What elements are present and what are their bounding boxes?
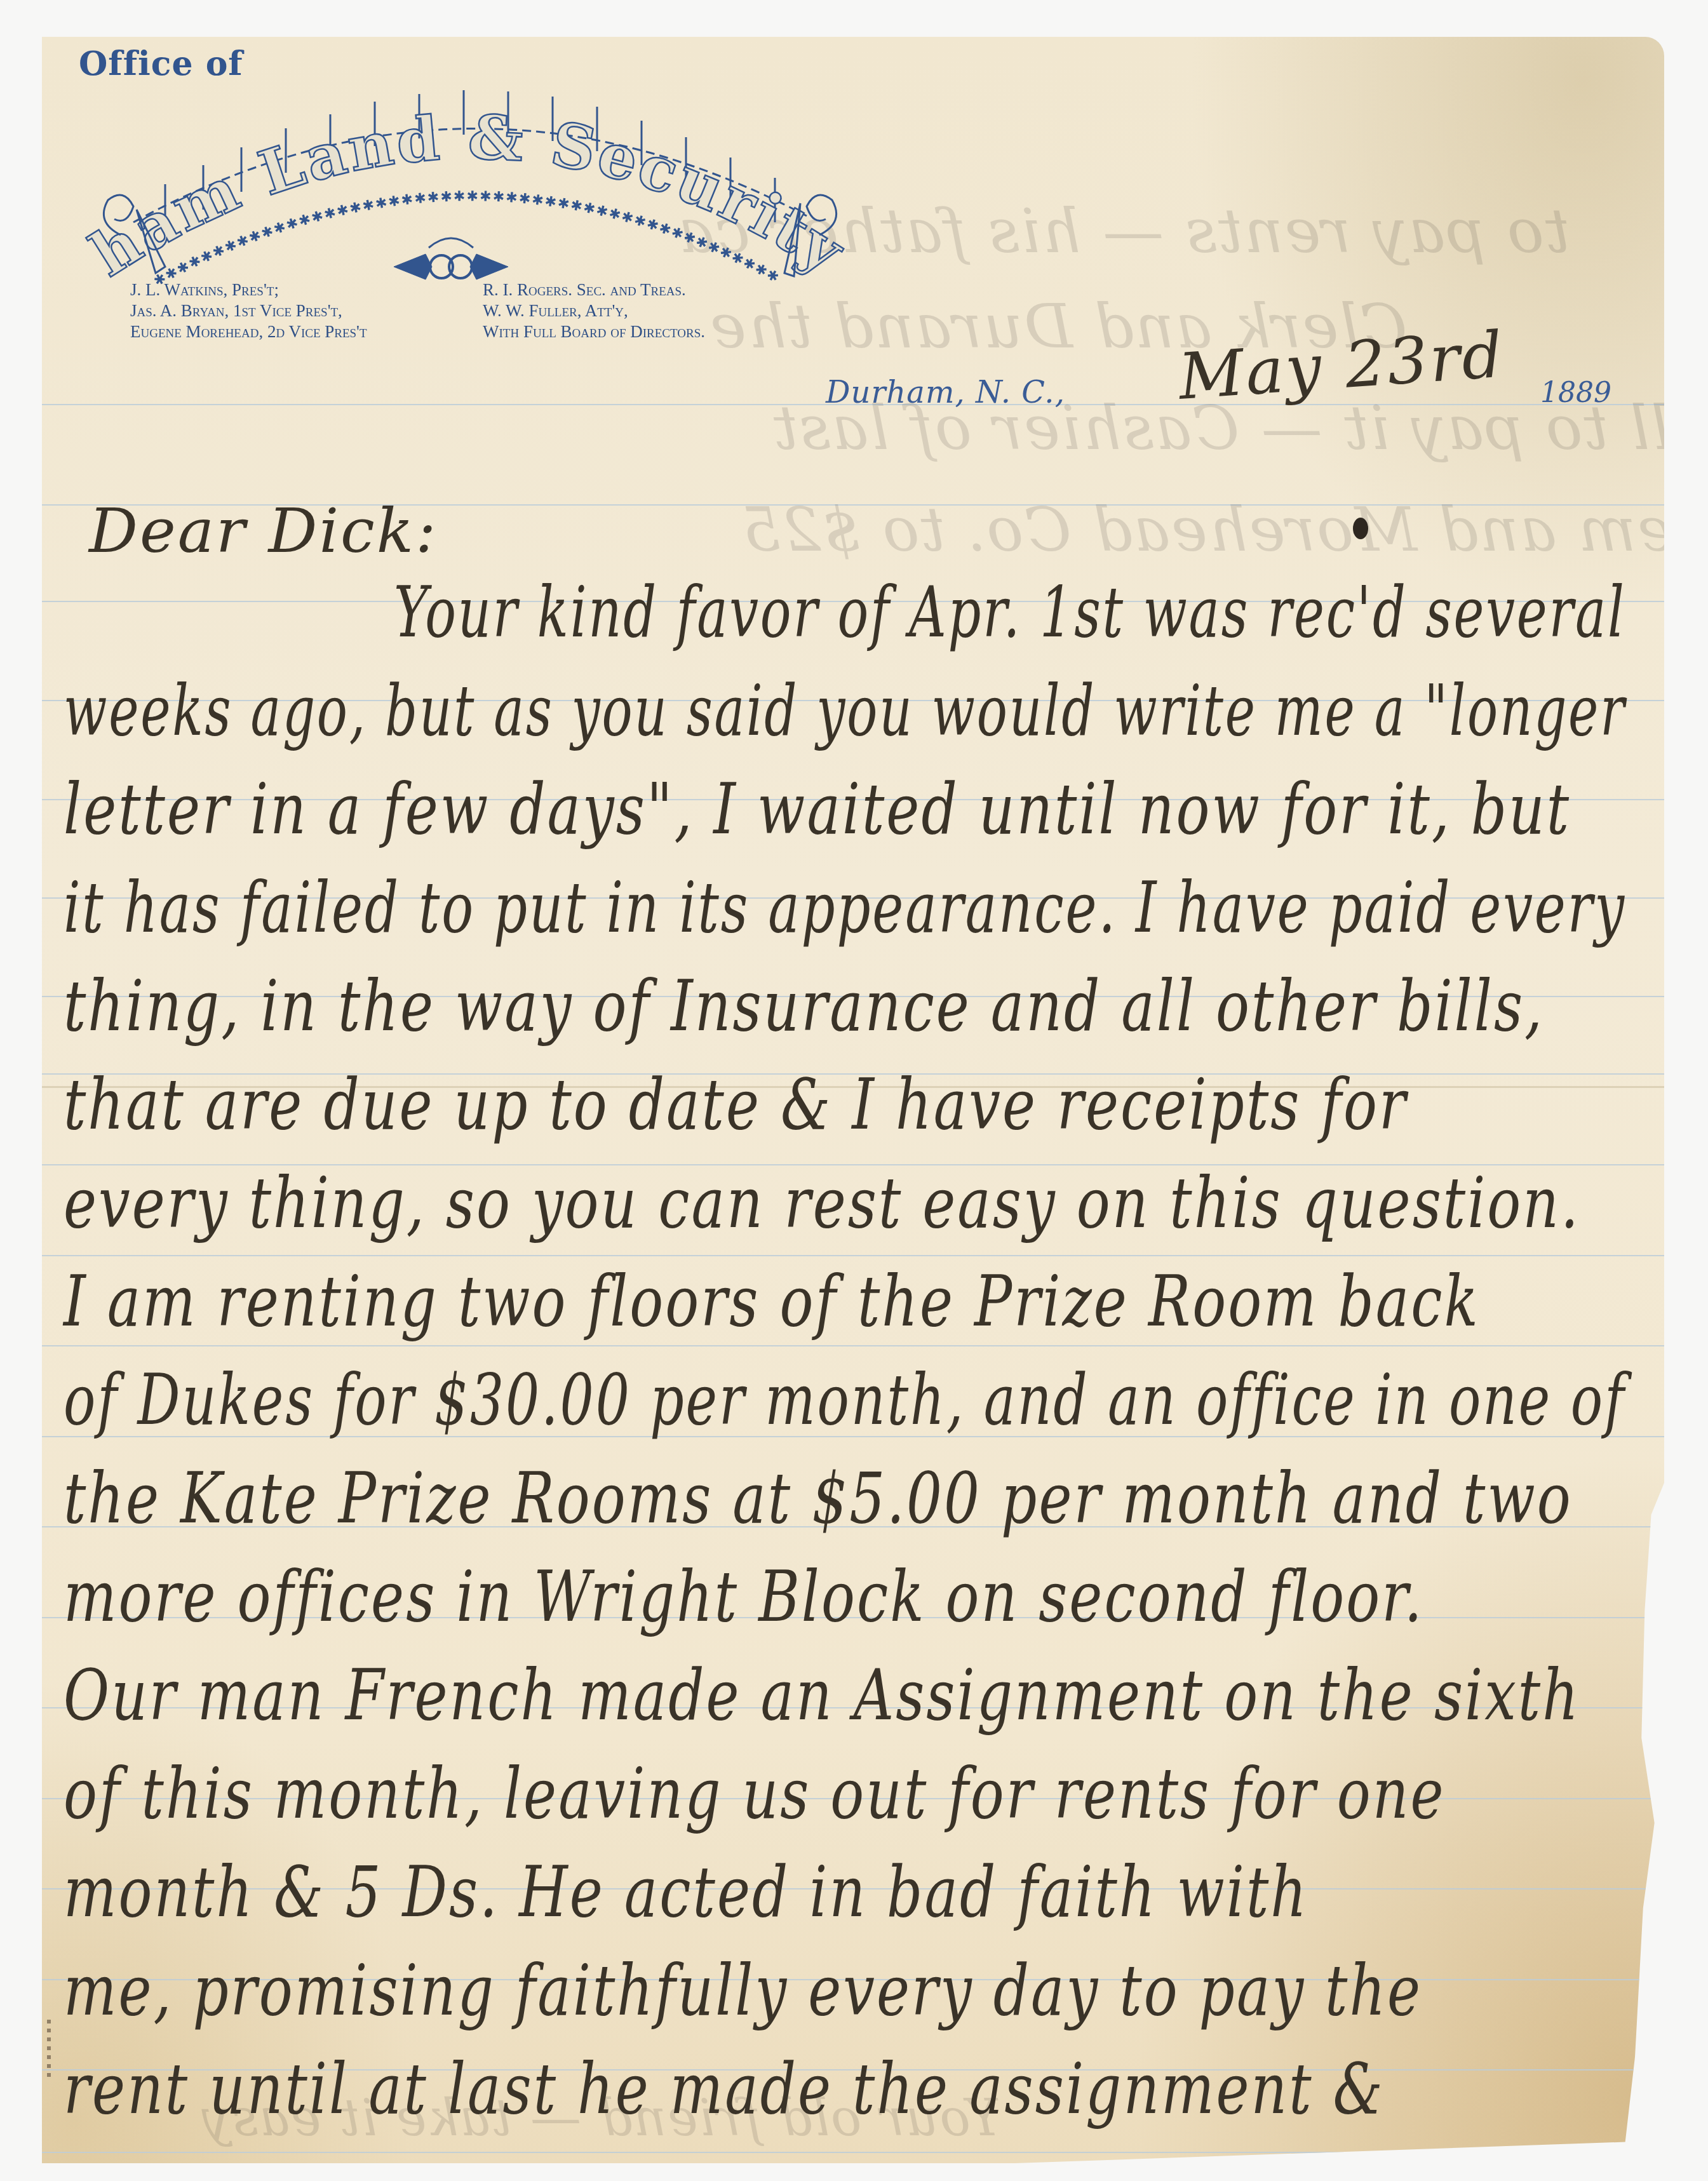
salutation: Dear Dick: — [89, 495, 438, 567]
letter-line: that are due up to date & I have receipt… — [64, 1063, 1408, 1145]
board-of-directors-note: With Full Board of Directors. — [483, 321, 705, 342]
letter-line: thing, in the way of Insurance and all o… — [64, 965, 1544, 1047]
officers-right: R. I. Rogers. Sec. and Treas. W. W. Full… — [483, 279, 705, 342]
company-name-arch: Durham Land & Security Co. ✱✱✱✱✱✱✱✱✱✱✱✱✱… — [76, 76, 864, 286]
letter-line: me, promising faithfully every day to pa… — [64, 1949, 1422, 2031]
letter-line: Your kind favor of Apr. 1st was rec'd se… — [394, 571, 1626, 653]
letter-line: of Dukes for $30.00 per month, and an of… — [64, 1359, 1626, 1440]
printed-year: 1889 — [1540, 377, 1611, 409]
letter-line: it has failed to put in its appearance. … — [64, 866, 1626, 948]
officer-secretary-treasurer: R. I. Rogers. Sec. and Treas. — [483, 279, 705, 300]
ruled-line — [42, 1255, 1664, 1256]
ruled-line — [42, 1345, 1664, 1346]
letter-line: rent until at last he made the assignmen… — [64, 2048, 1385, 2130]
letter-line: more offices in Wright Block on second f… — [64, 1555, 1424, 1637]
officer-attorney: W. W. Fuller, Att'y, — [483, 300, 705, 321]
letter-line: Our man French made an Assignment on the… — [64, 1654, 1580, 1736]
bleed-through-text: by them and Morehead Co. to $25 — [741, 494, 1708, 565]
officer-second-vice-president: Eugene Morehead, 2d Vice Pres't — [130, 321, 367, 342]
margin-mark — [47, 2020, 51, 2077]
letter-line: the Kate Prize Rooms at $5.00 per month … — [64, 1457, 1573, 1539]
letter-line: weeks ago, but as you said you would wri… — [64, 669, 1626, 751]
letter-line: of this month, leaving us out for rents … — [64, 1752, 1445, 1834]
ruled-line — [42, 2152, 1664, 2153]
center-ornament-icon — [394, 238, 508, 279]
letter-line: I am renting two floors of the Prize Roo… — [64, 1260, 1480, 1342]
officer-first-vice-president: Jas. A. Bryan, 1st Vice Pres't, — [130, 300, 367, 321]
letter-line: month & 5 Ds. He acted in bad faith with — [64, 1851, 1308, 1933]
letter-line: every thing, so you can rest easy on thi… — [64, 1162, 1580, 1244]
officers-left: J. L. Watkins, Pres't; Jas. A. Bryan, 1s… — [130, 279, 367, 342]
letter-line: letter in a few days", I waited until no… — [64, 768, 1571, 850]
ink-blot — [1353, 518, 1368, 539]
printed-place: Durham, N. C., — [826, 375, 1065, 410]
officer-president: J. L. Watkins, Pres't; — [130, 279, 367, 300]
